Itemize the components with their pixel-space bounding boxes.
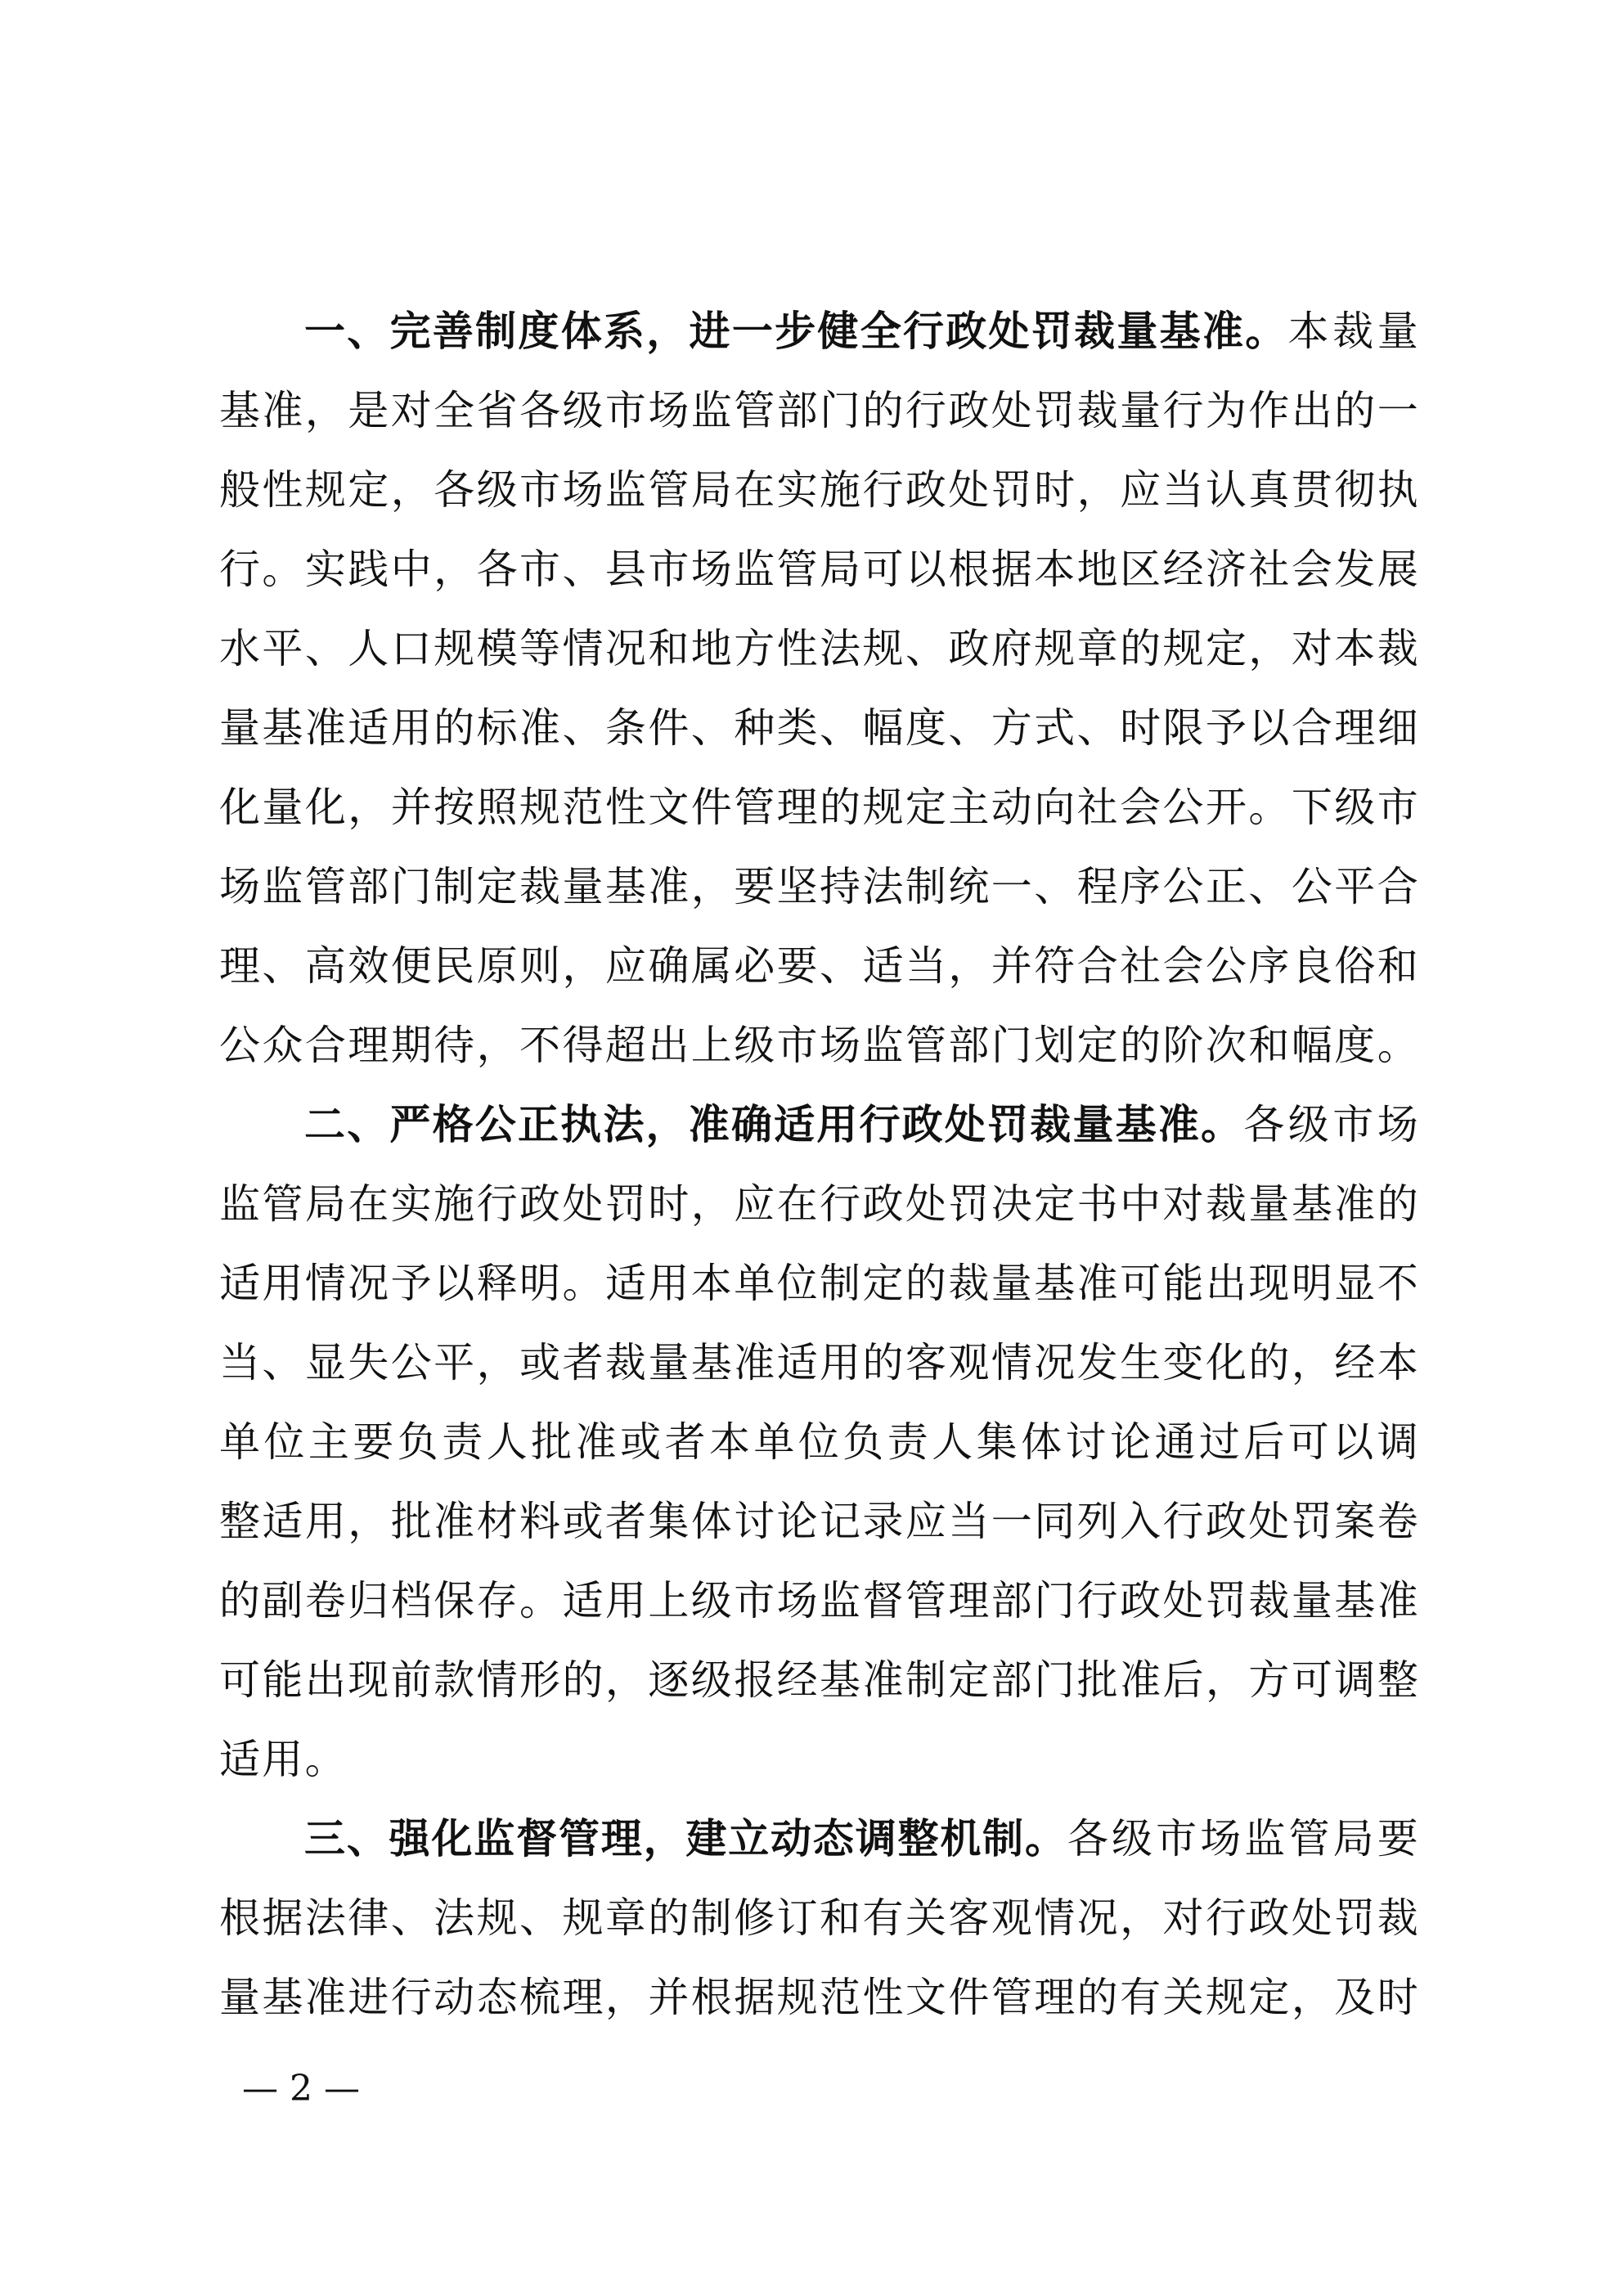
paragraph-line: 化量化，并按照规范性文件管理的规定主动向社会公开。下级市 bbox=[219, 768, 1420, 847]
paragraph-line: 当、显失公平，或者裁量基准适用的客观情况发生变化的，经本 bbox=[219, 1323, 1420, 1403]
paragraph-2-line-1: 二、严格公正执法，准确适用行政处罚裁量基准。各级市场 bbox=[219, 1085, 1420, 1165]
section-heading-1: 一、完善制度体系，进一步健全行政处罚裁量基准。 bbox=[304, 308, 1288, 355]
paragraph-line: 行。实践中，各市、县市场监管局可以根据本地区经济社会发展 bbox=[219, 530, 1420, 609]
paragraph-line: 基准，是对全省各级市场监管部门的行政处罚裁量行为作出的一 bbox=[219, 371, 1420, 451]
paragraph-line: 公众合理期待，不得超出上级市场监管部门划定的阶次和幅度。 bbox=[219, 1006, 1420, 1085]
document-page: 一、完善制度体系，进一步健全行政处罚裁量基准。本裁量 基准，是对全省各级市场监管… bbox=[0, 0, 1622, 2296]
paragraph-1-line-1: 一、完善制度体系，进一步健全行政处罚裁量基准。本裁量 bbox=[219, 292, 1420, 371]
paragraph-line: 量基准进行动态梳理，并根据规范性文件管理的有关规定，及时 bbox=[219, 1958, 1420, 2038]
paragraph-line: 量基准适用的标准、条件、种类、幅度、方式、时限予以合理细 bbox=[219, 689, 1420, 768]
paragraph-line: 般性规定，各级市场监管局在实施行政处罚时，应当认真贯彻执 bbox=[219, 451, 1420, 530]
paragraph-text: 本裁量 bbox=[1288, 308, 1420, 355]
paragraph-line: 根据法律、法规、规章的制修订和有关客观情况，对行政处罚裁 bbox=[219, 1879, 1420, 1958]
page-number: — 2 — bbox=[242, 2068, 360, 2110]
paragraph-line: 的副卷归档保存。适用上级市场监督管理部门行政处罚裁量基准 bbox=[219, 1561, 1420, 1641]
paragraph-line: 水平、人口规模等情况和地方性法规、政府规章的规定，对本裁 bbox=[219, 609, 1420, 689]
paragraph-3-line-1: 三、强化监督管理，建立动态调整机制。各级市场监管局要 bbox=[219, 1800, 1420, 1879]
section-heading-3: 三、强化监督管理，建立动态调整机制。 bbox=[304, 1815, 1067, 1862]
paragraph-text: 各级市场 bbox=[1243, 1101, 1420, 1148]
paragraph-line: 监管局在实施行政处罚时，应在行政处罚决定书中对裁量基准的 bbox=[219, 1165, 1420, 1244]
paragraph-text: 各级市场监管局要 bbox=[1067, 1815, 1420, 1862]
paragraph-line: 整适用，批准材料或者集体讨论记录应当一同列入行政处罚案卷 bbox=[219, 1482, 1420, 1561]
paragraph-line: 场监管部门制定裁量基准，要坚持法制统一、程序公正、公平合 bbox=[219, 847, 1420, 927]
paragraph-line: 单位主要负责人批准或者本单位负责人集体讨论通过后可以调 bbox=[219, 1403, 1420, 1482]
paragraph-line: 理、高效便民原则，应确属必要、适当，并符合社会公序良俗和 bbox=[219, 927, 1420, 1006]
section-heading-2: 二、严格公正执法，准确适用行政处罚裁量基准。 bbox=[304, 1101, 1243, 1148]
paragraph-line: 适用情况予以释明。适用本单位制定的裁量基准可能出现明显不 bbox=[219, 1244, 1420, 1323]
paragraph-line: 适用。 bbox=[219, 1720, 1420, 1800]
paragraph-line: 可能出现前款情形的，逐级报经基准制定部门批准后，方可调整 bbox=[219, 1641, 1420, 1720]
document-body: 一、完善制度体系，进一步健全行政处罚裁量基准。本裁量 基准，是对全省各级市场监管… bbox=[219, 292, 1420, 2038]
